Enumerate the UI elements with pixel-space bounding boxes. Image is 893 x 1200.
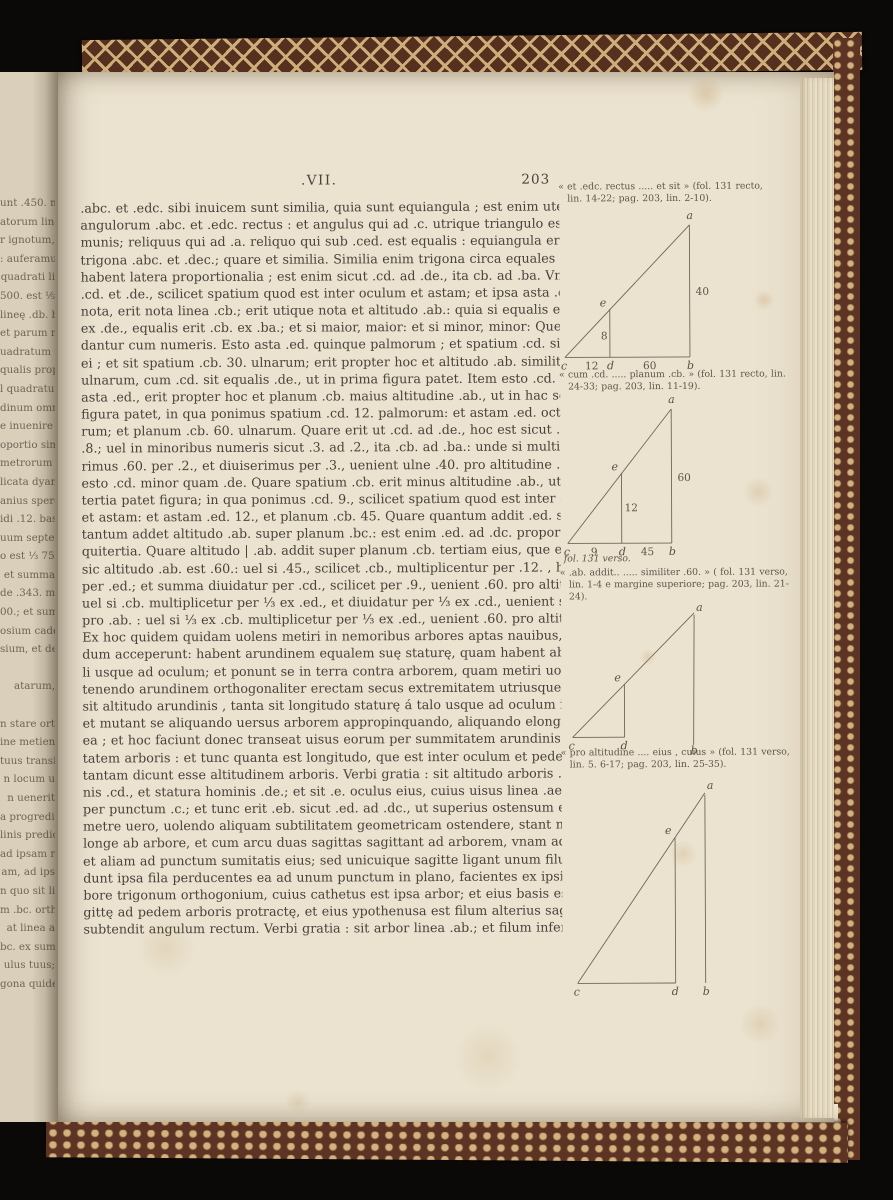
body-text-line: sit altitudo arundinis , tanta sit longi… xyxy=(82,695,561,714)
facing-page-line: ulus tuus; xyxy=(0,956,55,975)
facing-page-line: sium, et de xyxy=(0,640,55,659)
facing-page-line: et parum m xyxy=(0,324,55,343)
value-ed: 8 xyxy=(601,330,608,342)
facing-page-line: : auferamus xyxy=(0,250,55,269)
facing-page-line: dinum omni xyxy=(0,399,55,418)
body-text-line: tertia patet figura; in qua ponimus .cd.… xyxy=(82,489,561,508)
facing-page-line: 00.; et sum xyxy=(0,603,55,622)
facing-page-line: lineę .db. b xyxy=(0,306,55,325)
facing-page-line: n uenerit xyxy=(0,789,55,808)
body-text-line: quitertia. Quare altitudo | .ab. addit s… xyxy=(82,541,561,560)
body-text-line: .cd. et .de., scilicet spatium quod est … xyxy=(81,283,560,302)
margin-note-4: « pro altitudine .... eius , cuius » (fo… xyxy=(561,746,796,771)
page-header: .VII. 203 xyxy=(80,172,558,192)
body-text-line: tatem arboris : et tunc quanta est longi… xyxy=(83,747,562,766)
facing-page-line: at linea a xyxy=(0,919,55,938)
body-text-line: et aliam ad punctum sumitatis eius; sed … xyxy=(83,850,562,869)
body-text-line: habent latera proportionalia ; est enim … xyxy=(81,266,560,285)
body-text-line: et mutant se aliquando uersus arborem ap… xyxy=(83,713,562,732)
facing-page-line: a progredie xyxy=(0,808,55,827)
book-page: .VII. 203 .abc. et .edc. sibi inuicem su… xyxy=(58,72,834,1122)
body-text-line: ulnarum, cum .cd. sit equalis .de., ut i… xyxy=(81,369,560,388)
page-content: .VII. 203 .abc. et .edc. sibi inuicem su… xyxy=(56,70,837,1123)
facing-page-line: atorum line xyxy=(0,213,55,232)
body-text-line: pro .ab. : uel si ⅓ ex .cb. multiplicetu… xyxy=(82,610,561,629)
body-text-line: angulorum .abc. et .edc. rectus : et ang… xyxy=(80,215,559,234)
margin-note-2: « cum .cd. ..... planum .cb. » (fol. 131… xyxy=(559,368,794,393)
body-text-line: uel si .cb. multiplicetur per ⅓ ex .ed.,… xyxy=(82,592,561,611)
body-text-line: per .ed.; et summa diuidatur per .cd., s… xyxy=(82,575,561,594)
body-text-line: gittę ad pedem arboris protractę, et eiu… xyxy=(83,902,562,921)
facing-page-line: n locum u xyxy=(0,770,55,789)
body-text-line: bore trigonum orthogonium, cuius cathetu… xyxy=(83,884,562,903)
facing-page-line: tuus transil xyxy=(0,752,55,771)
body-text-line: .abc. et .edc. sibi inuicem sunt similia… xyxy=(80,198,559,217)
body-text-line: dantur cum numeris. Esto asta .ed. quinq… xyxy=(81,335,560,354)
body-text-line: metre uero, uolendo aliquam subtilitatem… xyxy=(83,816,562,835)
value-ab: 40 xyxy=(696,286,709,298)
facing-page-line: oportio sim xyxy=(0,436,55,455)
vertex-label: a xyxy=(707,779,714,792)
body-text-line: ea ; et hoc faciunt donec transeat uisus… xyxy=(83,730,562,749)
triangle-figure-2: a e 60 12 c 9 d 45 b xyxy=(557,393,763,558)
body-text-line: munis; reliquus qui ad .a. reliquo qui s… xyxy=(80,232,559,251)
body-text-line: et astam: et astam .ed. 12., et planum .… xyxy=(82,507,561,526)
vertex-label: e xyxy=(611,460,618,473)
facing-page-line: n quo sit lin xyxy=(0,882,55,901)
body-text-line: Ex hoc quidem quidam uolens metiri in ne… xyxy=(82,627,561,646)
facing-page-line: n stare orth xyxy=(0,715,55,734)
facing-page-line: e inuenire n xyxy=(0,417,55,436)
body-text-line: tantam dicunt esse altitudinem arboris. … xyxy=(83,764,562,783)
body-text-line: esto .cd. minor quam .de. Quare spatium … xyxy=(81,472,560,491)
facing-page-line: bc. ex summ xyxy=(0,938,55,957)
value-db: 45 xyxy=(641,546,654,557)
vertex-label: e xyxy=(614,671,621,684)
body-text-line: figura patet, in qua ponimus spatium .cd… xyxy=(81,404,560,423)
facing-page-line: uum septena xyxy=(0,529,55,548)
value-ab: 60 xyxy=(677,472,690,484)
facing-page-line: am, ad ips xyxy=(0,863,55,882)
vertex-label: e xyxy=(600,296,607,309)
facing-page-edge: unt .450. matorum liner ignotum, a: aufe… xyxy=(0,72,58,1122)
facing-page-line: unt .450. m xyxy=(0,194,55,213)
body-text-line: .8.; uel in minoribus numeris sicut .3. … xyxy=(81,438,560,457)
body-text-line: dunt ipsa fila perducentes ea ad unum pu… xyxy=(83,867,562,886)
facing-page-text-fragments: unt .450. matorum liner ignotum, a: aufe… xyxy=(0,194,55,994)
triangle-figure-4: a e c d b xyxy=(565,779,781,1000)
vertex-label: e xyxy=(665,824,672,837)
facing-page-line: idi .12. bas xyxy=(0,510,55,529)
facing-page-line: ine metiend xyxy=(0,733,55,752)
body-text-line: ei ; et sit spatium .cb. 30. ulnarum; er… xyxy=(81,352,560,371)
book-photograph: { "page": { "header": { "section": ".VII… xyxy=(0,0,893,1200)
body-text-line: tantum addet altitudo .ab. super planum … xyxy=(82,524,561,543)
body-text-line: tenendo arundinem orthogonaliter erectam… xyxy=(82,678,561,697)
vertex-label: b xyxy=(669,545,676,558)
body-text-line: rimus .60. per .2., et diuiserimus per .… xyxy=(81,455,560,474)
vertex-label: b xyxy=(703,985,710,998)
body-text-line: longe ab arbore, et cum arcu duas sagitt… xyxy=(83,833,562,852)
page-number: 203 xyxy=(521,172,550,188)
body-text-line: nis .cd., et statura hominis .de.; et si… xyxy=(83,781,562,800)
figure-caption: fol. 131 verso. xyxy=(564,553,631,564)
page-stack-edge xyxy=(800,78,834,1118)
vertex-label: c xyxy=(574,985,580,998)
vertex-label: a xyxy=(668,393,675,406)
facing-page-line: metrorum s xyxy=(0,454,55,473)
triangle-figure-3: a e c d b xyxy=(564,603,770,756)
body-text-line: subtendit angulum rectum. Verbi gratia :… xyxy=(83,919,562,938)
body-text-line: ex .de., equalis erit .cb. ex .ba.; et s… xyxy=(81,318,560,337)
facing-page-line: et summa xyxy=(0,566,55,585)
facing-page-line: atarum, xyxy=(0,677,55,696)
cover-pattern-bottom xyxy=(46,1117,848,1163)
value-ed: 12 xyxy=(625,502,638,514)
body-text-line: sic altitudo .ab. est .60.: uel si .45.,… xyxy=(82,558,561,577)
facing-page-line: m .bc. orth xyxy=(0,901,55,920)
section-heading: .VII. xyxy=(80,172,558,190)
facing-page-line xyxy=(0,659,55,678)
margin-note-1: « et .edc. rectus ..... et sit » (fol. 1… xyxy=(558,181,779,206)
margin-note-3: « .ab. addit.. ..... similiter .60. » ( … xyxy=(560,566,795,603)
body-text-line: li usque ad oculum; et ponunt se in terr… xyxy=(82,661,561,680)
facing-page-line: 500. est ⅕ m xyxy=(0,287,55,306)
body-text: .abc. et .edc. sibi inuicem sunt similia… xyxy=(80,198,562,938)
vertex-label: a xyxy=(686,209,693,222)
cover-pattern-right xyxy=(833,38,860,1160)
facing-page-line xyxy=(0,696,55,715)
body-text-line: nota, erit nota linea .cb.; erit utique … xyxy=(81,301,560,320)
body-text-line: dum acceperunt: habent arundinem equalem… xyxy=(82,644,561,663)
facing-page-line: de .343. mul xyxy=(0,584,55,603)
facing-page-line: ad ipsam re xyxy=(0,845,55,864)
facing-page-line: o est ⅓ 75. xyxy=(0,547,55,566)
triangle-figure-1: a e 40 8 c 12 d 60 b xyxy=(556,207,762,373)
facing-page-line: r ignotum, a xyxy=(0,231,55,250)
facing-page-line: l quadratum xyxy=(0,380,55,399)
facing-page-line: anius sperę xyxy=(0,492,55,511)
vertex-label: a xyxy=(696,603,703,614)
body-text-line: asta .ed., erit propter hoc et planum .c… xyxy=(81,386,560,405)
facing-page-line: licata dyame xyxy=(0,473,55,492)
facing-page-line: gona quide xyxy=(0,975,55,994)
facing-page-line: qualis propo xyxy=(0,361,55,380)
facing-page-line: linis predict xyxy=(0,826,55,845)
body-text-line: trigona .abc. et .dec.; quare et similia… xyxy=(80,249,559,268)
facing-page-line: uadratum sol xyxy=(0,343,55,362)
facing-page-line: osium cade xyxy=(0,622,55,641)
vertex-label: d xyxy=(672,985,679,998)
body-text-line: rum; et planum .cb. 60. ulnarum. Quare e… xyxy=(81,421,560,440)
facing-page-line: quadrati li xyxy=(0,268,55,287)
body-text-line: per punctum .c.; et tunc erit .eb. sicut… xyxy=(83,799,562,818)
